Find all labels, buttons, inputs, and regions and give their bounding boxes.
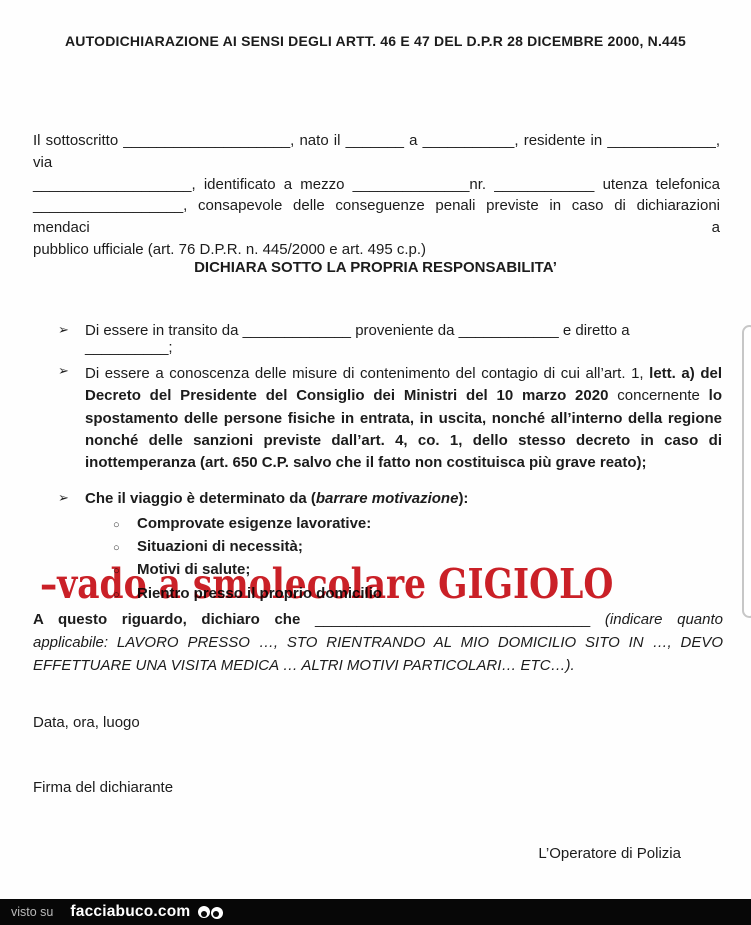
self-declaration-document: AUTODICHIARAZIONE AI SENSI DEGLI ARTT. 4… <box>0 0 751 925</box>
travel-lead-italic: barrare motivazione <box>316 490 459 507</box>
bullet-knowledge: ➢ Di essere a conoscenza delle misure di… <box>58 363 722 474</box>
date-place-label: Data, ora, luogo <box>33 714 140 731</box>
circle-bullet-icon: ○ <box>113 536 137 559</box>
travel-lead-close: ): <box>458 490 468 507</box>
intro-line: Il sottoscritto ____________________, na… <box>33 130 720 174</box>
watermark-bar: visto su facciabuco.com <box>0 899 751 925</box>
watermark-site-name: facciabuco.com <box>70 903 190 921</box>
googly-eyes-icon <box>198 906 223 918</box>
travel-option-necessity: ○ Situazioni di necessità; <box>113 536 613 559</box>
left-pupil <box>201 911 207 917</box>
arrow-bullet-icon: ➢ <box>58 490 85 507</box>
arrow-bullet-icon: ➢ <box>58 322 85 356</box>
declaration-paragraph: A questo riguardo, dichiaro che ________… <box>33 608 723 677</box>
declaration-heading: DICHIARA SOTTO LA PROPRIA RESPONSABILITA… <box>0 259 751 276</box>
travel-lead-bold: Che il viaggio è determinato da ( <box>85 490 316 507</box>
intro-line: pubblico ufficiale (art. 76 D.P.R. n. 44… <box>33 239 720 261</box>
intro-line: ___________________, identificato a mezz… <box>33 174 720 196</box>
intro-line: __________________, consapevole delle co… <box>33 195 720 239</box>
travel-option-label: Situazioni di necessità; <box>137 536 303 559</box>
watermark-prefix: visto su <box>11 905 53 919</box>
circle-bullet-icon: ○ <box>113 513 137 536</box>
left-eye-icon <box>198 906 210 918</box>
handwritten-meme-text: –vado a smolecolare GIGIOLO <box>40 560 628 608</box>
document-title: AUTODICHIARAZIONE AI SENSI DEGLI ARTT. 4… <box>0 33 751 49</box>
knowledge-regular-2: concernente <box>617 387 708 404</box>
right-eye-icon <box>211 907 223 919</box>
bullet-transit-text: Di essere in transito da _____________ p… <box>85 322 720 356</box>
bullet-knowledge-text: Di essere a conoscenza delle misure di c… <box>85 363 722 474</box>
bullet-transit: ➢ Di essere in transito da _____________… <box>58 322 720 356</box>
scrollbar-thumb[interactable] <box>742 325 751 618</box>
right-pupil <box>213 911 219 917</box>
travel-option-label: Comprovate esigenze lavorative: <box>137 513 371 536</box>
bullet-travel-lead: Che il viaggio è determinato da (barrare… <box>85 490 698 507</box>
bullet-travel-reason: ➢ Che il viaggio è determinato da (barra… <box>58 490 698 507</box>
arrow-bullet-icon: ➢ <box>58 363 85 474</box>
signature-label: Firma del dichiarante <box>33 779 173 796</box>
travel-option-work: ○ Comprovate esigenze lavorative: <box>113 513 613 536</box>
declaration-blank: _________________________________ <box>315 611 605 628</box>
declaration-lead: A questo riguardo, dichiaro che <box>33 611 315 628</box>
knowledge-regular-1: Di essere a conoscenza delle misure di c… <box>85 365 649 382</box>
intro-paragraph: Il sottoscritto ____________________, na… <box>33 130 720 261</box>
police-officer-label: L’Operatore di Polizia <box>538 845 681 862</box>
